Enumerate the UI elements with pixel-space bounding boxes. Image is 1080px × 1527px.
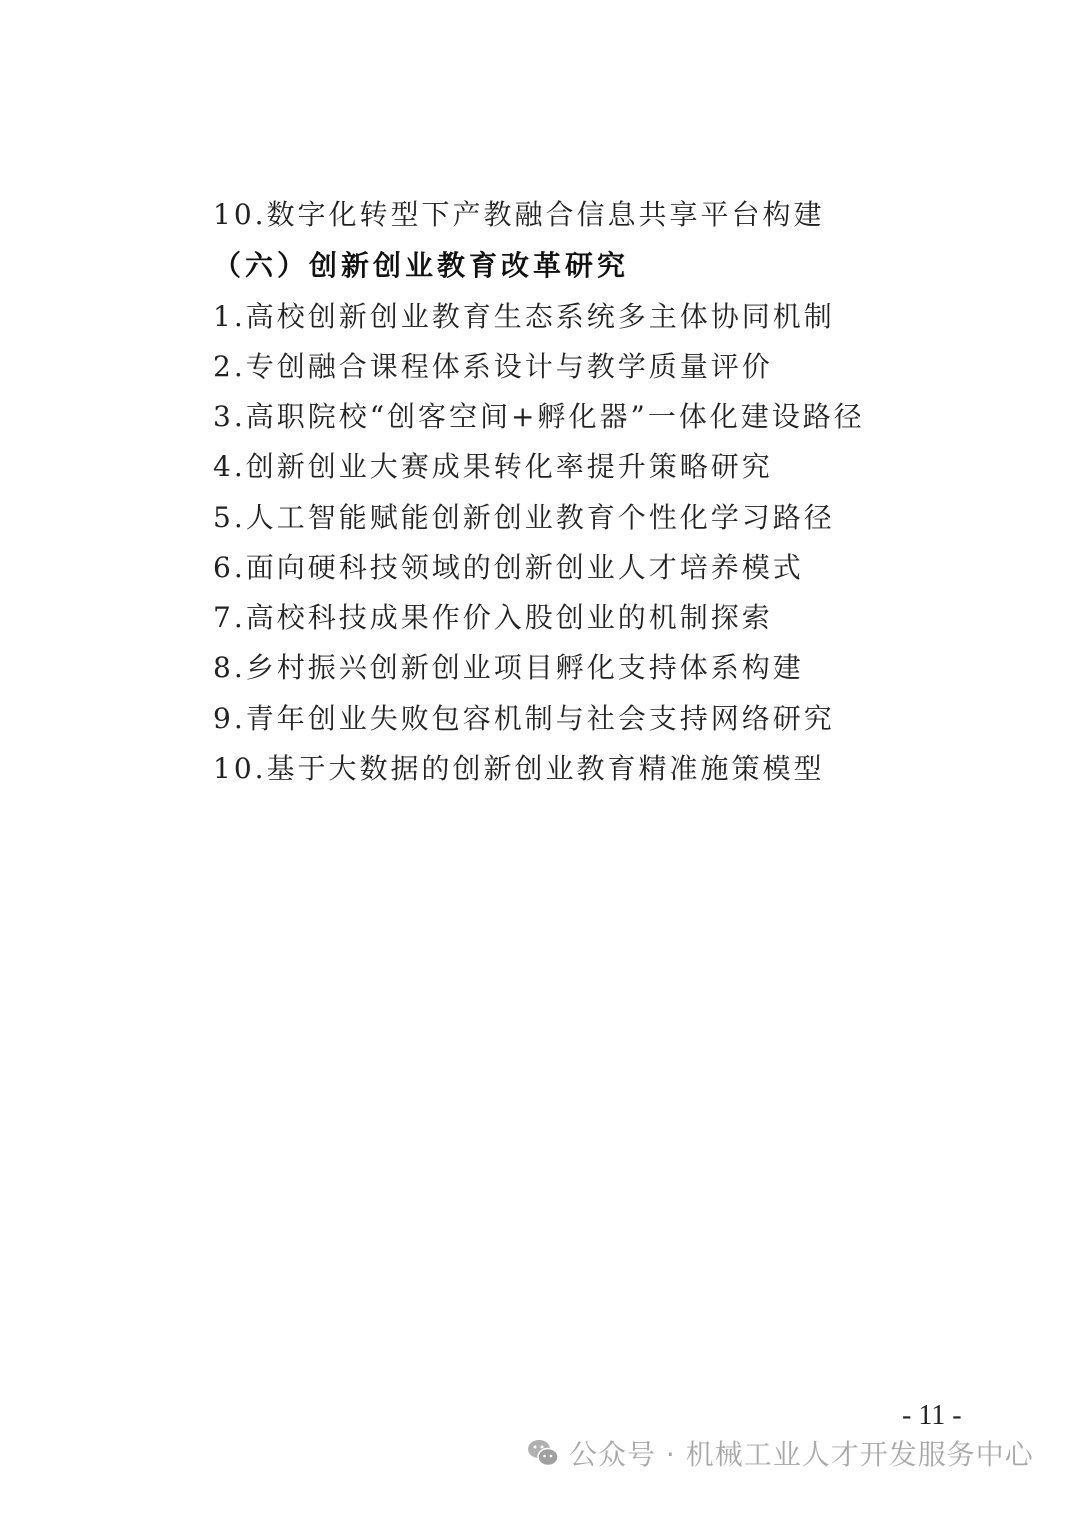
document-page: 10.数字化转型下产教融合信息共享平台构建 （六）创新创业教育改革研究 1.高校… bbox=[0, 0, 1080, 1527]
list-item-prev-10: 10.数字化转型下产教融合信息共享平台构建 bbox=[213, 197, 825, 233]
list-item-1: 1.高校创新创业教育生态系统多主体协同机制 bbox=[213, 299, 835, 335]
list-item-4: 4.创新创业大赛成果转化率提升策略研究 bbox=[213, 449, 773, 485]
list-item-5: 5.人工智能赋能创新创业教育个性化学习路径 bbox=[213, 500, 835, 536]
list-item-9: 9.青年创业失败包容机制与社会支持网络研究 bbox=[213, 701, 835, 737]
list-item-7: 7.高校科技成果作价入股创业的机制探索 bbox=[213, 600, 773, 636]
list-item-3: 3.高职院校“创客空间+孵化器”一体化建设路径 bbox=[213, 399, 865, 435]
watermark-text: 公众号 · 机械工业人才开发服务中心 bbox=[569, 1433, 1034, 1473]
list-item-6: 6.面向硬科技领域的创新创业人才培养模式 bbox=[213, 550, 804, 586]
list-item-2: 2.专创融合课程体系设计与教学质量评价 bbox=[213, 349, 773, 385]
list-item-8: 8.乡村振兴创新创业项目孵化支持体系构建 bbox=[213, 650, 804, 686]
watermark: 公众号 · 机械工业人才开发服务中心 bbox=[527, 1428, 1034, 1478]
list-item-10: 10.基于大数据的创新创业教育精准施策模型 bbox=[213, 751, 825, 787]
wechat-icon bbox=[527, 1438, 559, 1468]
section-heading: （六）创新创业教育改革研究 bbox=[213, 248, 629, 284]
